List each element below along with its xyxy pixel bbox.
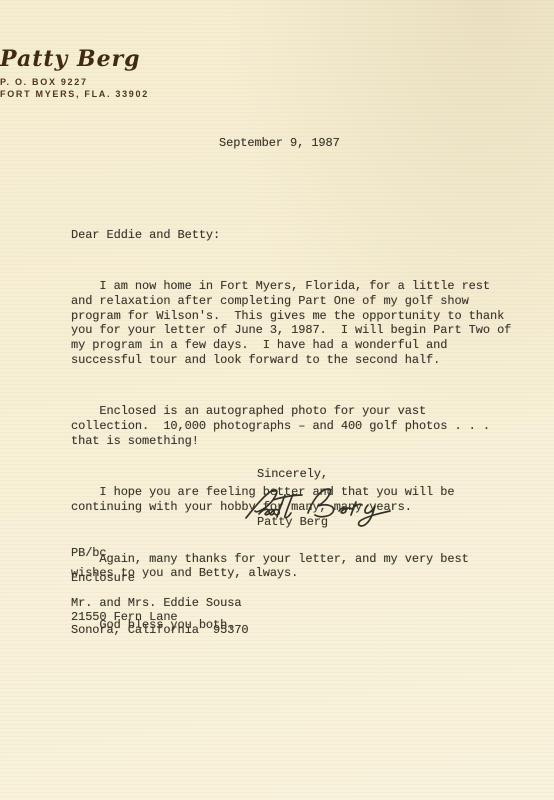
paragraph: Again, many thanks for your letter, and … xyxy=(71,552,543,582)
letter-page: Patty Berg P. O. BOX 9227 FORT MYERS, FL… xyxy=(0,0,554,800)
salutation: Dear Eddie and Betty: xyxy=(71,228,543,243)
paragraph: I am now home in Fort Myers, Florida, fo… xyxy=(71,279,543,368)
reference-initials: PB/bc xyxy=(71,546,107,561)
paragraph: Enclosed is an autographed photo for you… xyxy=(71,404,543,448)
letterhead-name: Patty Berg xyxy=(0,47,554,71)
typed-signature-name: Patty Berg xyxy=(257,515,328,530)
recipient-address: Mr. and Mrs. Eddie Sousa 21550 Fern Lane… xyxy=(71,597,249,638)
letterhead-po-box: P. O. BOX 9227 xyxy=(0,77,554,87)
date-line: September 9, 1987 xyxy=(219,136,340,151)
letterhead-city-line: FORT MYERS, FLA. 33902 xyxy=(0,89,554,99)
closing-salutation: Sincerely, xyxy=(257,467,328,482)
enclosure-note: Enclosure xyxy=(71,571,135,586)
